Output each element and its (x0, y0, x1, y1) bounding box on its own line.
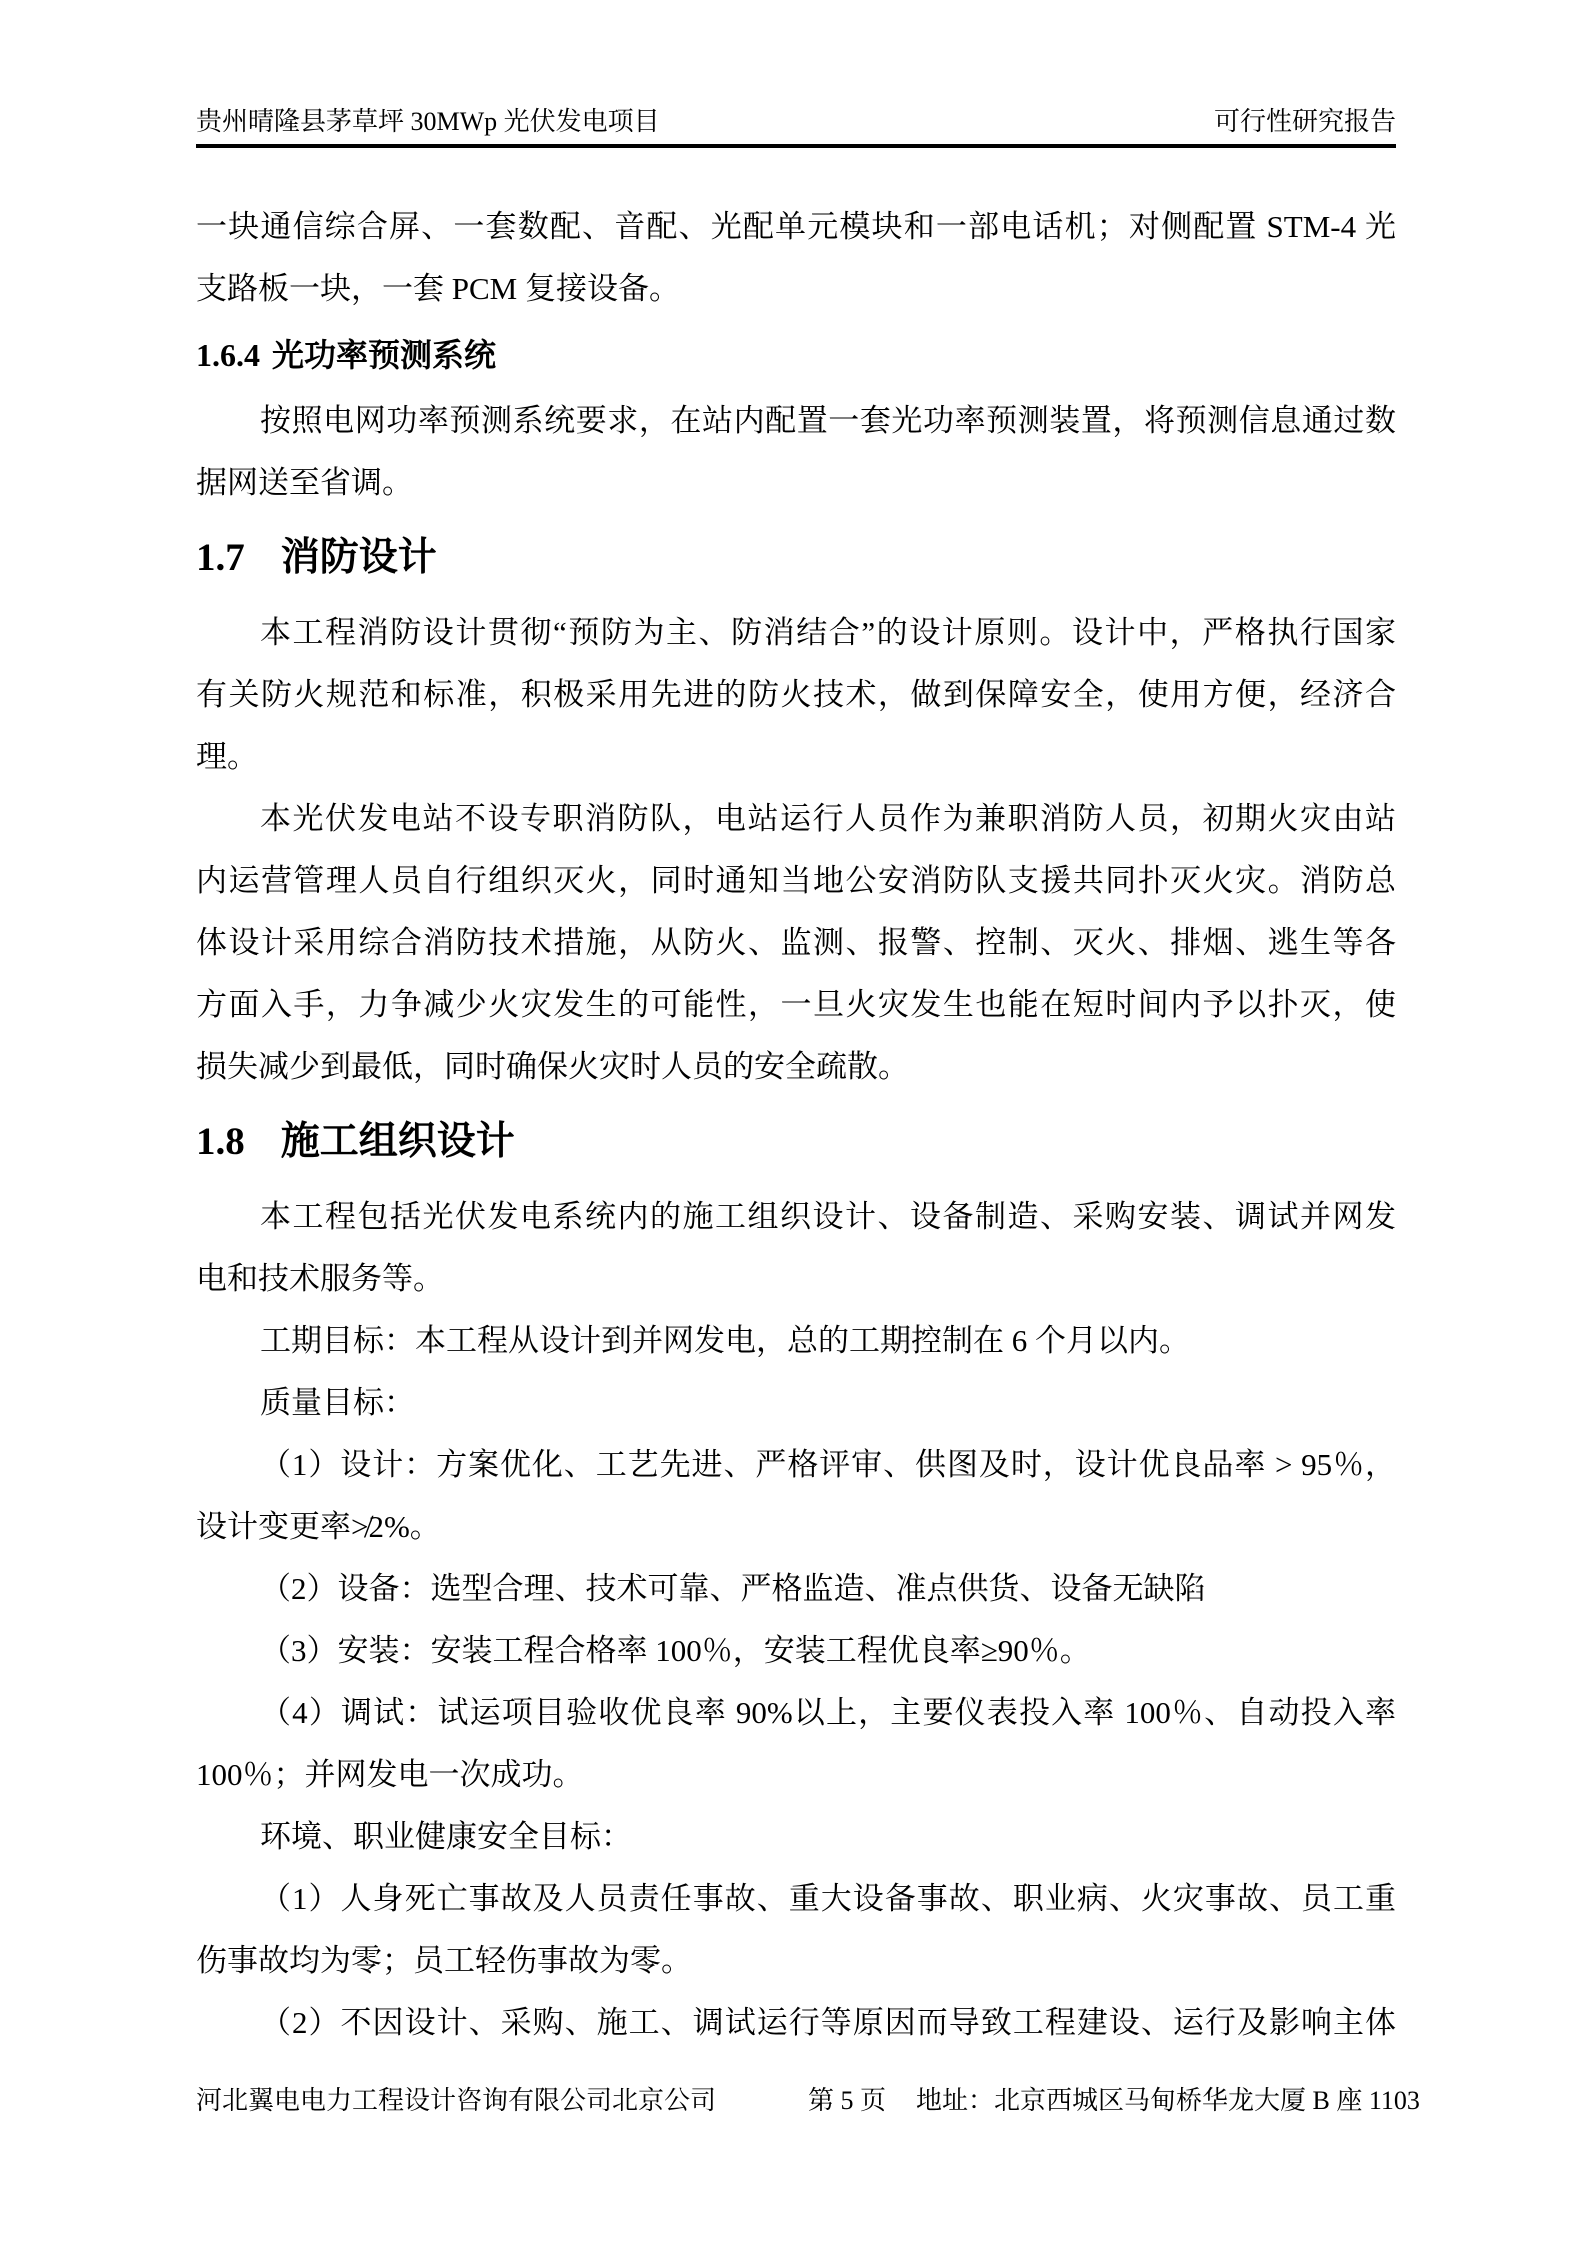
document-page: 贵州晴隆县茅草坪 30MWp 光伏发电项目 可行性研究报告 一块通信综合屏、一套… (0, 0, 1587, 2245)
body-line: （2）不因设计、采购、施工、调试运行等原因而导致工程建设、运行及影响主体 (196, 1992, 1396, 2054)
header-report-title: 可行性研究报告 (1214, 101, 1396, 138)
body-line: 电和技术服务等。 (196, 1248, 1396, 1310)
heading-number: 1.8 (196, 1120, 245, 1163)
subsection-heading: 1.6.4光功率预测系统 (196, 320, 1396, 390)
body-line: （4）调试：试运项目验收优良率 90%以上，主要仪表投入率 100％、自动投入率 (196, 1682, 1396, 1744)
body-line: 有关防火规范和标准，积极采用先进的防火技术，做到保障安全，使用方便，经济合 (196, 664, 1396, 726)
heading-title: 光功率预测系统 (272, 337, 496, 373)
heading-title: 施工组织设计 (281, 1120, 515, 1163)
body-line: 工期目标：本工程从设计到并网发电，总的工期控制在 6 个月以内。 (196, 1310, 1396, 1372)
body-line: （3）安装：安装工程合格率 100％，安装工程优良率≥90％。 (196, 1620, 1396, 1682)
body-line: 设计变更率≯2%。 (196, 1496, 1396, 1558)
body-line: （1）设计：方案优化、工艺先进、严格评审、供图及时，设计优良品率 > 95％， (196, 1434, 1396, 1496)
footer-address: 地址：北京西城区马甸桥华龙大厦 B 座 1103 (916, 2080, 1420, 2117)
body-line: 理。 (196, 726, 1396, 788)
page-footer: 河北翼电电力工程设计咨询有限公司北京公司 第 5 页 地址：北京西城区马甸桥华龙… (196, 2078, 1396, 2118)
heading-title: 消防设计 (281, 536, 437, 579)
body-line: （1）人身死亡事故及人员责任事故、重大设备事故、职业病、火灾事故、员工重 (196, 1868, 1396, 1930)
body-line: 100％；并网发电一次成功。 (196, 1744, 1396, 1806)
footer-page-number: 第 5 页 (808, 2080, 886, 2117)
body-line: 体设计采用综合消防技术措施，从防火、监测、报警、控制、灭火、排烟、逃生等各 (196, 912, 1396, 974)
body-line: 据网送至省调。 (196, 452, 1396, 514)
body-line: 损失减少到最低，同时确保火灾时人员的安全疏散。 (196, 1036, 1396, 1098)
section-heading: 1.7消防设计 (196, 514, 1396, 602)
body-line: （2）设备：选型合理、技术可靠、严格监造、准点供货、设备无缺陷 (196, 1558, 1396, 1620)
body-line: 质量目标： (196, 1372, 1396, 1434)
heading-number: 1.6.4 (196, 337, 260, 373)
footer-company: 河北翼电电力工程设计咨询有限公司北京公司 (196, 2080, 716, 2117)
body-line: 环境、职业健康安全目标： (196, 1806, 1396, 1868)
body-line: 本工程包括光伏发电系统内的施工组织设计、设备制造、采购安装、调试并网发 (196, 1186, 1396, 1248)
header-project-title: 贵州晴隆县茅草坪 30MWp 光伏发电项目 (196, 101, 660, 138)
section-heading: 1.8施工组织设计 (196, 1098, 1396, 1186)
document-body: 一块通信综合屏、一套数配、音配、光配单元模块和一部电话机；对侧配置 STM-4 … (196, 196, 1396, 2054)
body-line: 支路板一块，一套 PCM 复接设备。 (196, 258, 1396, 320)
heading-number: 1.7 (196, 536, 245, 579)
body-line: 一块通信综合屏、一套数配、音配、光配单元模块和一部电话机；对侧配置 STM-4 … (196, 196, 1396, 258)
body-line: 伤事故均为零；员工轻伤事故为零。 (196, 1930, 1396, 1992)
page-header: 贵州晴隆县茅草坪 30MWp 光伏发电项目 可行性研究报告 (196, 96, 1396, 148)
body-line: 本工程消防设计贯彻“预防为主、防消结合”的设计原则。设计中，严格执行国家 (196, 602, 1396, 664)
body-line: 按照电网功率预测系统要求，在站内配置一套光功率预测装置，将预测信息通过数 (196, 390, 1396, 452)
body-line: 内运营管理人员自行组织灭火，同时通知当地公安消防队支援共同扑灭火灾。消防总 (196, 850, 1396, 912)
body-line: 本光伏发电站不设专职消防队，电站运行人员作为兼职消防人员，初期火灾由站 (196, 788, 1396, 850)
body-line: 方面入手，力争减少火灾发生的可能性，一旦火灾发生也能在短时间内予以扑灭，使 (196, 974, 1396, 1036)
